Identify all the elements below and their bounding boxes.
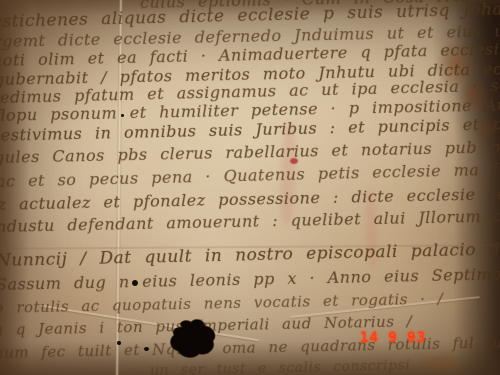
manuscript-line: ndustu defendant amouerunt : quelibet al… (0, 204, 500, 236)
manuscript-line: a q Jeanis i ton pus Jmperiali aud Notar… (0, 312, 412, 339)
handwritten-text-layer: cuius eptiomis · Cum in Cosa Nobis et qu… (0, 0, 500, 375)
manuscript-line: estichenes aliquas dicte ecclesie p suis… (0, 0, 500, 32)
manuscript-line: rgemt dicte ecclesie defernedo Jnduimus … (0, 18, 500, 51)
manuscript-line: Sassum dug n eius leonis pp x · Anno eiu… (0, 260, 500, 294)
manuscript-line: flopu psonum et humiliter petense · p im… (0, 93, 500, 125)
manuscript-line: un ser tust e scalis conscripsi (150, 358, 411, 375)
manuscript-line: uestivimus in omnibus suis Juribus : et … (0, 111, 500, 145)
manuscript-line: num fec tuilt et Nquam oma ne quadrans r… (0, 332, 500, 362)
manuscript-line: b rotulis ac quopatuis nens vocatis et r… (0, 290, 443, 317)
manuscript-line: edimus pfatum et assignamus ac ut ipa ec… (0, 71, 500, 107)
manuscript-line: gules Canos pbs clerus rabellarius et no… (0, 135, 500, 167)
manuscript-line: cuius eptiomis · Cum in Cosa Nobis et qu… (140, 0, 500, 12)
manuscript-line: gubernabit / pfatos meritos moto Jnhutu … (0, 58, 500, 89)
manuscript-photo: cuius eptiomis · Cum in Cosa Nobis et qu… (0, 0, 500, 375)
manuscript-line: ac et so pecus pena · Quatenus petis ecc… (0, 157, 500, 191)
manuscript-line: Nunncij / Dat quult in nostro episcopali… (0, 237, 500, 271)
manuscript-line: hoti olim et ea facti · Animaduertere q … (0, 36, 500, 70)
manuscript-line: lz actualez et pfonalez possessione : di… (0, 181, 500, 214)
